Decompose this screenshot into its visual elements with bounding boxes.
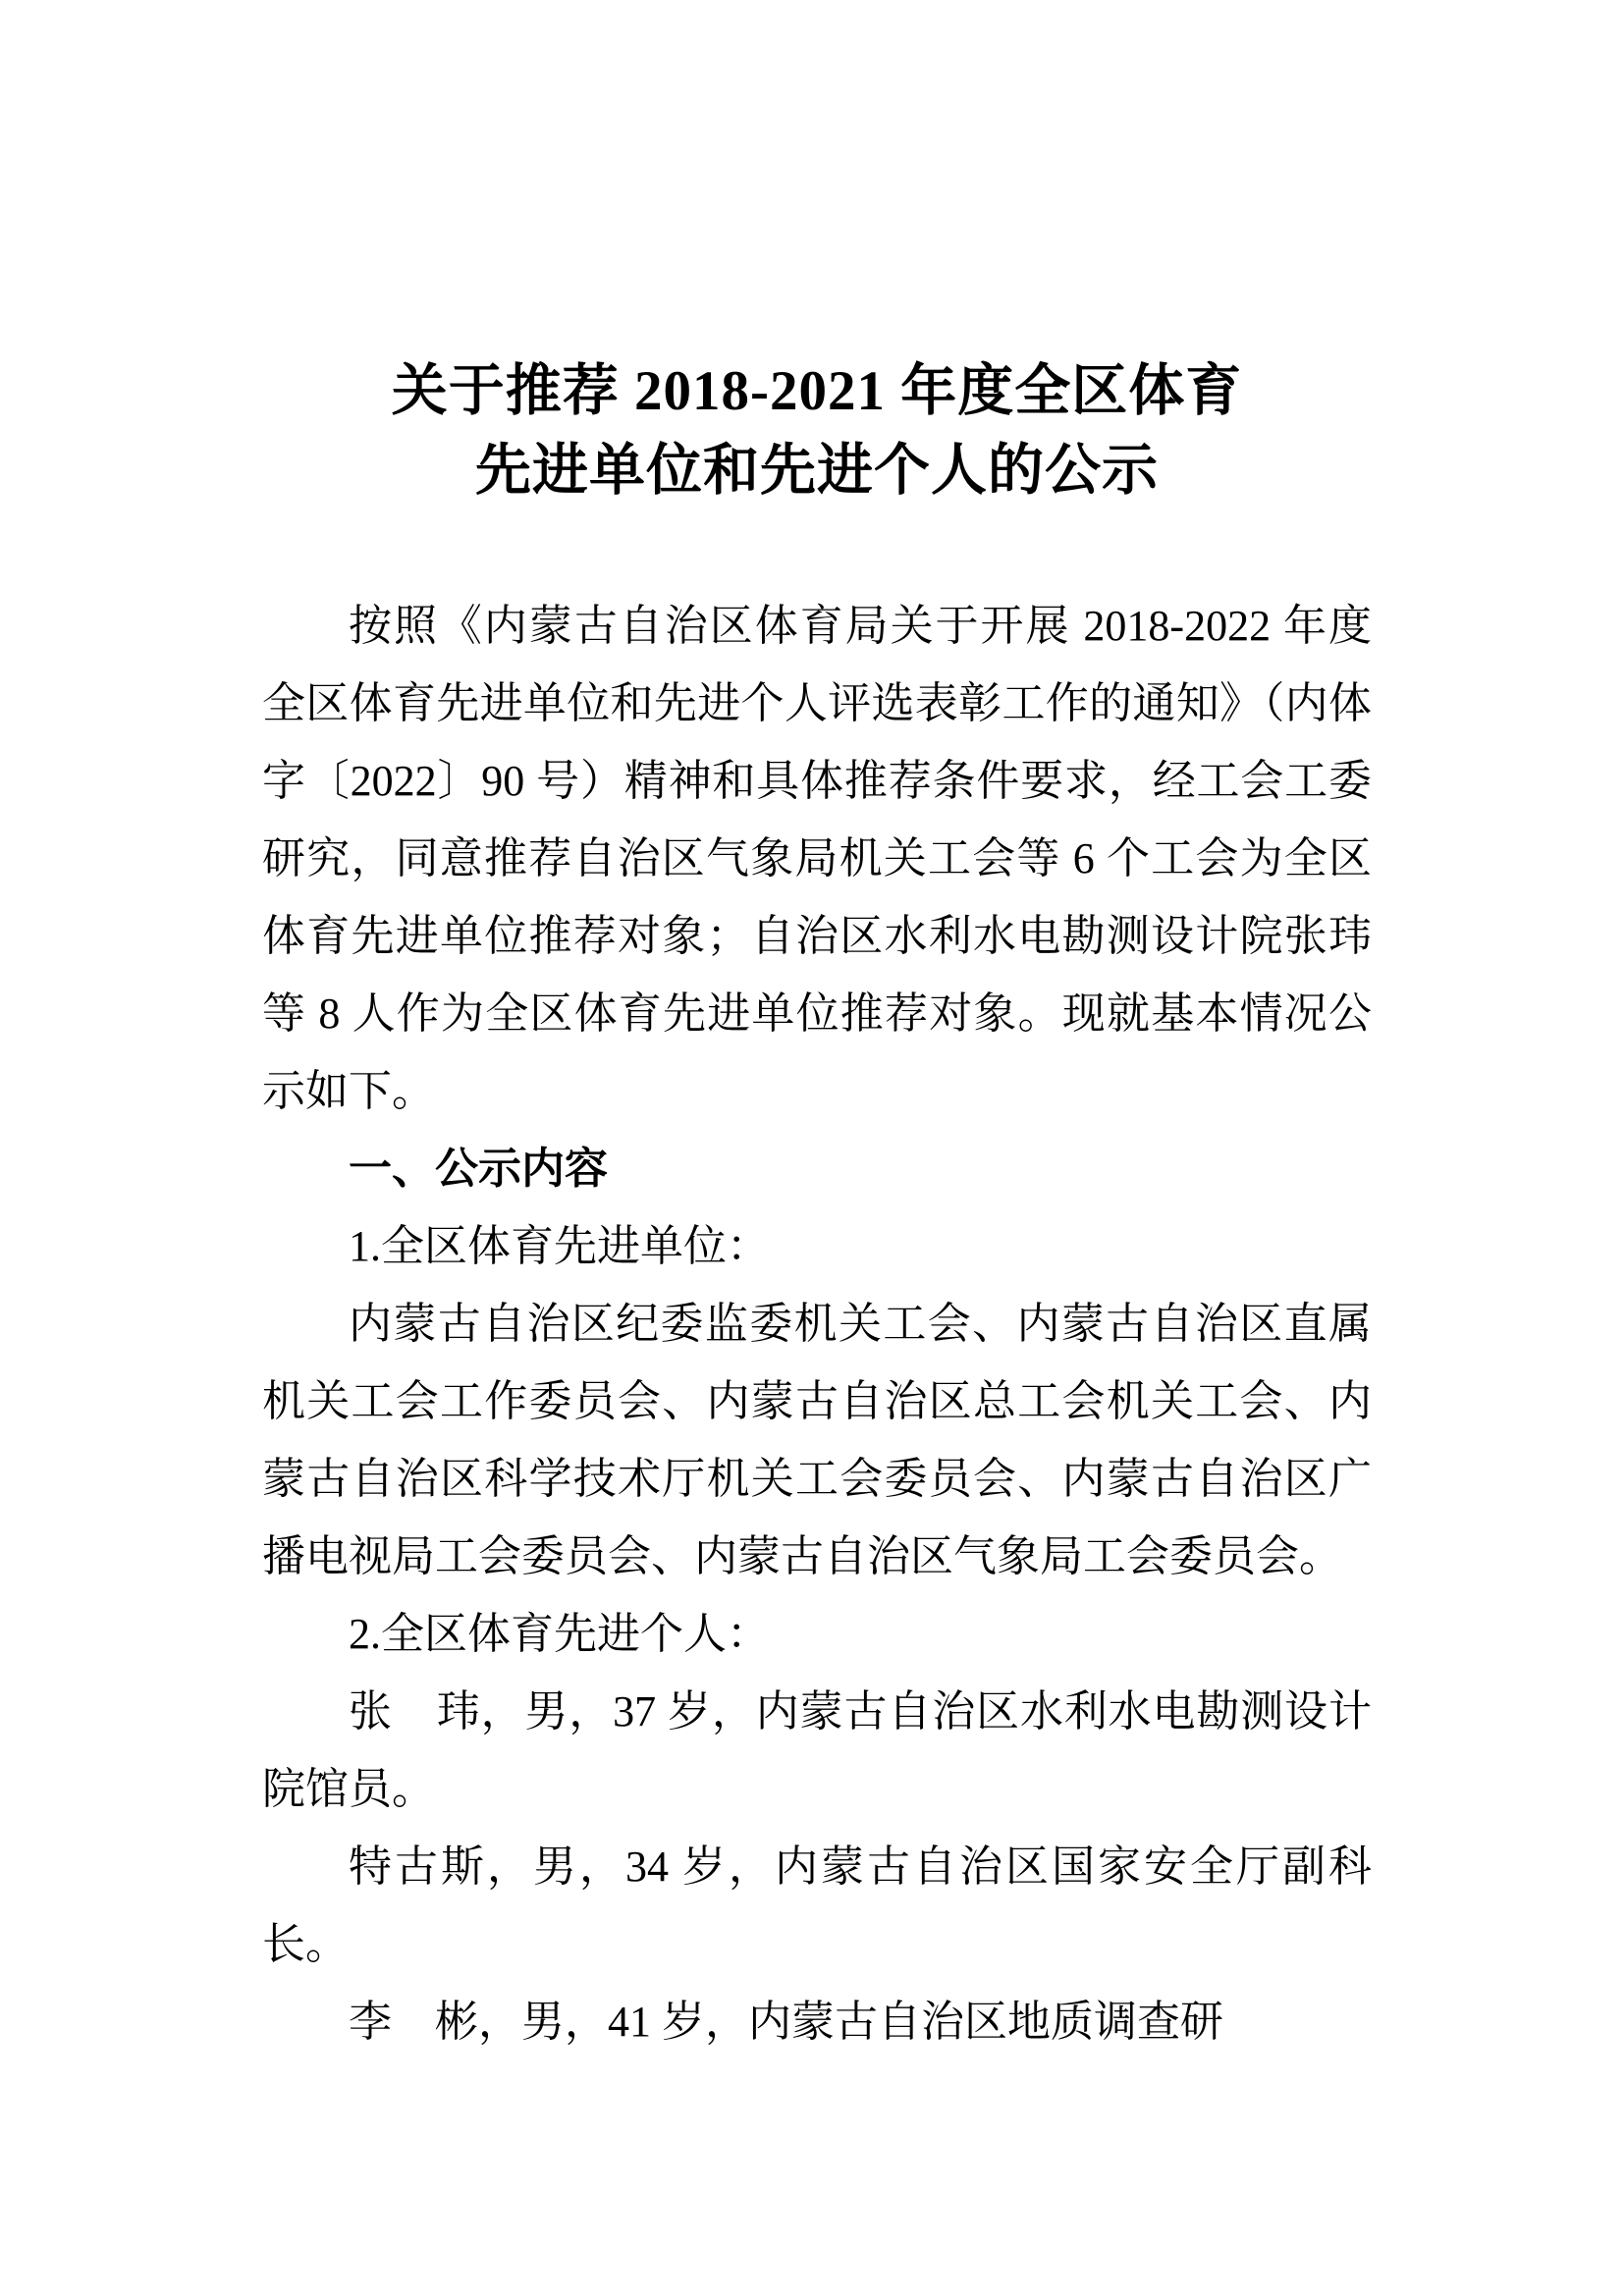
paragraph-advanced-units-label: 1.全区体育先进单位： xyxy=(262,1207,1372,1285)
document-content: 关于推荐 2018-2021 年度全区体育 先进单位和先进个人的公示 按照《内蒙… xyxy=(262,351,1372,2060)
paragraph-individual-te-gu-si: 特古斯，男，34 岁，内蒙古自治区国家安全厅副科长。 xyxy=(262,1828,1372,1983)
document-body: 按照《内蒙古自治区体育局关于开展 2018-2022 年度全区体育先进单位和先进… xyxy=(262,587,1372,2060)
document-title-line-1: 关于推荐 2018-2021 年度全区体育 xyxy=(262,351,1372,431)
paragraph-advanced-units-list: 内蒙古自治区纪委监委机关工会、内蒙古自治区直属机关工会工作委员会、内蒙古自治区总… xyxy=(262,1285,1372,1595)
document-title-line-2: 先进单位和先进个人的公示 xyxy=(262,431,1372,510)
document-title: 关于推荐 2018-2021 年度全区体育 先进单位和先进个人的公示 xyxy=(262,351,1372,510)
section-heading-public-content: 一、公示内容 xyxy=(262,1130,1372,1207)
paragraph-individual-li-bin: 李 彬，男，41 岁，内蒙古自治区地质调查研 xyxy=(262,1983,1372,2060)
paragraph-intro: 按照《内蒙古自治区体育局关于开展 2018-2022 年度全区体育先进单位和先进… xyxy=(262,587,1372,1130)
paragraph-individual-zhang-wei: 张 玮，男，37 岁，内蒙古自治区水利水电勘测设计院馆员。 xyxy=(262,1673,1372,1828)
document-page: 关于推荐 2018-2021 年度全区体育 先进单位和先进个人的公示 按照《内蒙… xyxy=(0,0,1624,2296)
paragraph-advanced-individuals-label: 2.全区体育先进个人： xyxy=(262,1595,1372,1673)
